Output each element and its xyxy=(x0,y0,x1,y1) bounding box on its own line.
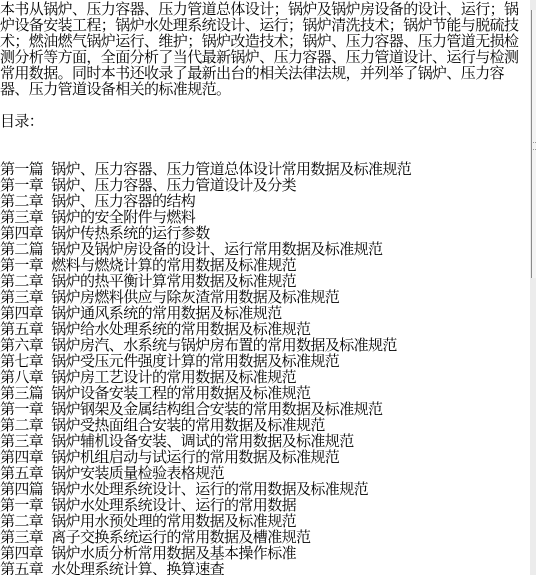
toc-entry-number: 第三篇 xyxy=(0,385,43,401)
toc-entry: 第一章锅炉、压力容器、压力管道设计及分类 xyxy=(0,177,530,193)
toc-entry: 第二章锅炉、压力容器的结构 xyxy=(0,193,530,209)
toc-entry: 第三章锅炉辅机设备安装、调试的常用数据及标准规范 xyxy=(0,433,530,449)
toc-entry: 第一章燃料与燃烧计算的常用数据及标准规范 xyxy=(0,257,530,273)
toc-entry-number: 第三章 xyxy=(0,529,43,545)
toc-entry: 第二篇锅炉及锅炉房设备的设计、运行常用数据及标准规范 xyxy=(0,241,530,257)
toc-entry-number: 第五章 xyxy=(0,321,43,337)
toc-heading: 目录： xyxy=(0,113,530,129)
toc-entry: 第二章锅炉受热面组合安装的常用数据及标准规范 xyxy=(0,417,530,433)
toc-entry-number: 第一章 xyxy=(0,257,43,273)
toc-entry-number: 第五章 xyxy=(0,465,43,481)
toc-entry-number: 第六章 xyxy=(0,337,43,353)
table-of-contents: 第一篇锅炉、压力容器、压力管道总体设计常用数据及标准规范 第一章锅炉、压力容器、… xyxy=(0,161,530,575)
blank-line xyxy=(0,97,530,113)
toc-entry: 第四章锅炉传热系统的运行参数 xyxy=(0,225,530,241)
toc-entry-number: 第二章 xyxy=(0,273,43,289)
toc-entry-number: 第四章 xyxy=(0,225,43,241)
toc-entry-number: 第四章 xyxy=(0,449,43,465)
toc-entry-number: 第二篇 xyxy=(0,241,43,257)
toc-entry-number: 第三章 xyxy=(0,433,43,449)
toc-entry: 第四章锅炉通风系统的常用数据及标准规范 xyxy=(0,305,530,321)
toc-entry-number: 第四篇 xyxy=(0,481,43,497)
toc-entry: 第一章锅炉水处理系统设计、运行的常用数据 xyxy=(0,497,530,513)
toc-entry: 第二章锅炉用水预处理的常用数据及标准规范 xyxy=(0,513,530,529)
toc-entry-number: 第二章 xyxy=(0,513,43,529)
toc-entry-number: 第八章 xyxy=(0,369,43,385)
toc-entry-number: 第二章 xyxy=(0,193,43,209)
toc-entry-number: 第四章 xyxy=(0,545,43,561)
toc-entry-title: 水处理系统计算、换算速查 xyxy=(51,560,224,575)
toc-entry-number: 第一章 xyxy=(0,497,43,513)
toc-entry-number: 第一章 xyxy=(0,177,43,193)
toc-entry: 第二章锅炉的热平衡计算常用数据及标准规范 xyxy=(0,273,530,289)
toc-entry: 第八章锅炉房工艺设计的常用数据及标准规范 xyxy=(0,369,530,385)
toc-entry: 第五章水处理系统计算、换算速查 xyxy=(0,561,530,575)
toc-entry: 第四篇锅炉水处理系统设计、运行的常用数据及标准规范 xyxy=(0,481,530,497)
toc-entry-number: 第三章 xyxy=(0,209,43,225)
toc-entry-number: 第七章 xyxy=(0,353,43,369)
toc-entry: 第一章锅炉钢架及金属结构组合安装的常用数据及标准规范 xyxy=(0,401,530,417)
toc-entry: 第一篇锅炉、压力容器、压力管道总体设计常用数据及标准规范 xyxy=(0,161,530,177)
toc-entry: 第四章锅炉水质分析常用数据及基本操作标准 xyxy=(0,545,530,561)
toc-entry-number: 第三章 xyxy=(0,289,43,305)
toc-entry: 第三章锅炉房燃料供应与除灰渣常用数据及标准规范 xyxy=(0,289,530,305)
toc-entry: 第四章锅炉机组启动与试运行的常用数据及标准规范 xyxy=(0,449,530,465)
intro-paragraph: 本书从锅炉、压力容器、压力管道总体设计；锅炉及锅炉房设备的设计、运行；锅炉设备安… xyxy=(0,1,528,97)
toc-entry-number: 第一篇 xyxy=(0,161,43,177)
toc-entry: 第三章离子交换系统运行的常用数据及槽准规范 xyxy=(0,529,530,545)
toc-entry: 第三篇锅炉设备安装工程的常用数据及标准规范 xyxy=(0,385,530,401)
vertical-scrollbar[interactable] xyxy=(530,0,536,575)
toc-entry: 第五章锅炉安装质量检验表格规范 xyxy=(0,465,530,481)
toc-entry: 第六章锅炉房汽、水系统与锅炉房布置的常用数据及标准规范 xyxy=(0,337,530,353)
toc-entry-number: 第五章 xyxy=(0,561,43,575)
scrollbar-thumb[interactable] xyxy=(531,10,536,278)
toc-entry: 第七章锅炉受压元件强度计算的常用数据及标准规范 xyxy=(0,353,530,369)
toc-entry-number: 第二章 xyxy=(0,417,43,433)
document-view: 本书从锅炉、压力容器、压力管道总体设计；锅炉及锅炉房设备的设计、运行；锅炉设备安… xyxy=(0,0,530,575)
toc-entry: 第五章锅炉给水处理系统的常用数据及标准规范 xyxy=(0,321,530,337)
toc-entry-number: 第一章 xyxy=(0,401,43,417)
toc-entry-number: 第四章 xyxy=(0,305,43,321)
toc-entry: 第三章锅炉的安全附件与燃料 xyxy=(0,209,530,225)
blank-line xyxy=(0,129,530,145)
blank-line xyxy=(0,145,530,161)
